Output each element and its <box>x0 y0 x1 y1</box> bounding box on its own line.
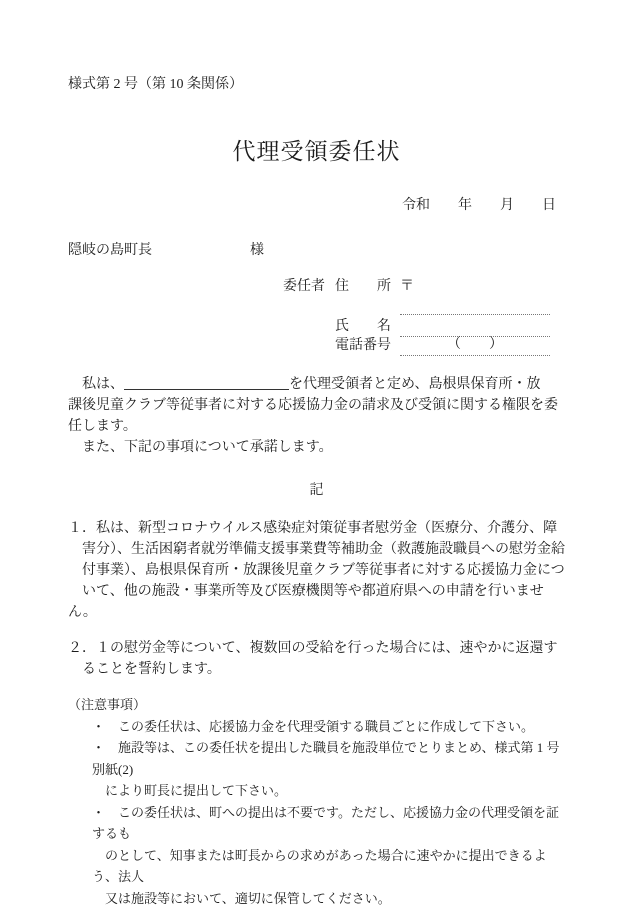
fill-in-blank <box>124 375 289 390</box>
body-paragraph-1: 私は、を代理受領者と定め、島根県保育所・放 <box>68 374 565 395</box>
para1-prefix: 私は、 <box>68 377 124 392</box>
delegator-address-row: 委任者 住 所 〒 <box>283 275 565 297</box>
notes-section: （注意事項） ・ この委任状は、応援協力金を代理受領する職員ごとに作成して下さい… <box>68 694 565 909</box>
para1-suffix: を代理受領者と定め、島根県保育所・放 <box>289 377 540 392</box>
phone-label: 電話番号 <box>335 335 400 356</box>
document-page: 様式第 2 号（第 10 条関係） 代理受領委任状 令和 年 月 日 隠岐の島町… <box>0 0 630 903</box>
honorific-label: 様 <box>250 243 264 258</box>
item-2: ２．１の慰労金等について、複数回の受給を行った場合には、速やかに返還す ることを… <box>68 638 565 680</box>
note-item-2: ・ 施設等は、この委任状を提出した職員を施設単位でとりまとめ、様式第 1 号別紙… <box>68 737 565 802</box>
phone-row: 電話番号 （ ） <box>283 337 565 356</box>
notes-heading: （注意事項） <box>68 694 565 716</box>
body-paragraph-1-continuation: 課後児童クラブ等従事者に対する応援協力金の請求及び受領に関する権限を委 任します… <box>68 395 565 458</box>
name-row: 氏 名 <box>283 315 565 337</box>
item-1: １．私は、新型コロナウイルス感染症対策従事者慰労金（医療分、介護分、障 害分）、… <box>68 518 565 623</box>
postal-mark: 〒 <box>400 276 550 297</box>
address-blank-line <box>400 296 550 315</box>
address-blank-row <box>283 297 565 315</box>
addressee-name: 隠岐の島町長 <box>68 243 152 258</box>
addressee-line: 隠岐の島町長様 <box>68 240 565 261</box>
date-line: 令和 年 月 日 <box>68 195 565 216</box>
body-text: 私は、を代理受領者と定め、島根県保育所・放 課後児童クラブ等従事者に対する応援協… <box>68 374 565 458</box>
note-item-3: ・ この委任状は、町への提出は不要です。ただし、応援協力金の代理受領を証するも … <box>68 802 565 909</box>
ki-heading: 記 <box>68 480 565 501</box>
name-label: 氏 名 <box>335 316 400 337</box>
note-item-1: ・ この委任状は、応援協力金を代理受領する職員ごとに作成して下さい。 <box>68 716 565 738</box>
delegator-block: 委任者 住 所 〒 氏 名 電話番号 （ ） <box>283 275 565 356</box>
form-number: 様式第 2 号（第 10 条関係） <box>68 74 565 95</box>
document-title: 代理受領委任状 <box>68 137 565 167</box>
address-label: 住 所 <box>335 276 400 297</box>
phone-blank-line: （ ） <box>400 336 550 356</box>
delegator-label: 委任者 <box>283 276 335 297</box>
